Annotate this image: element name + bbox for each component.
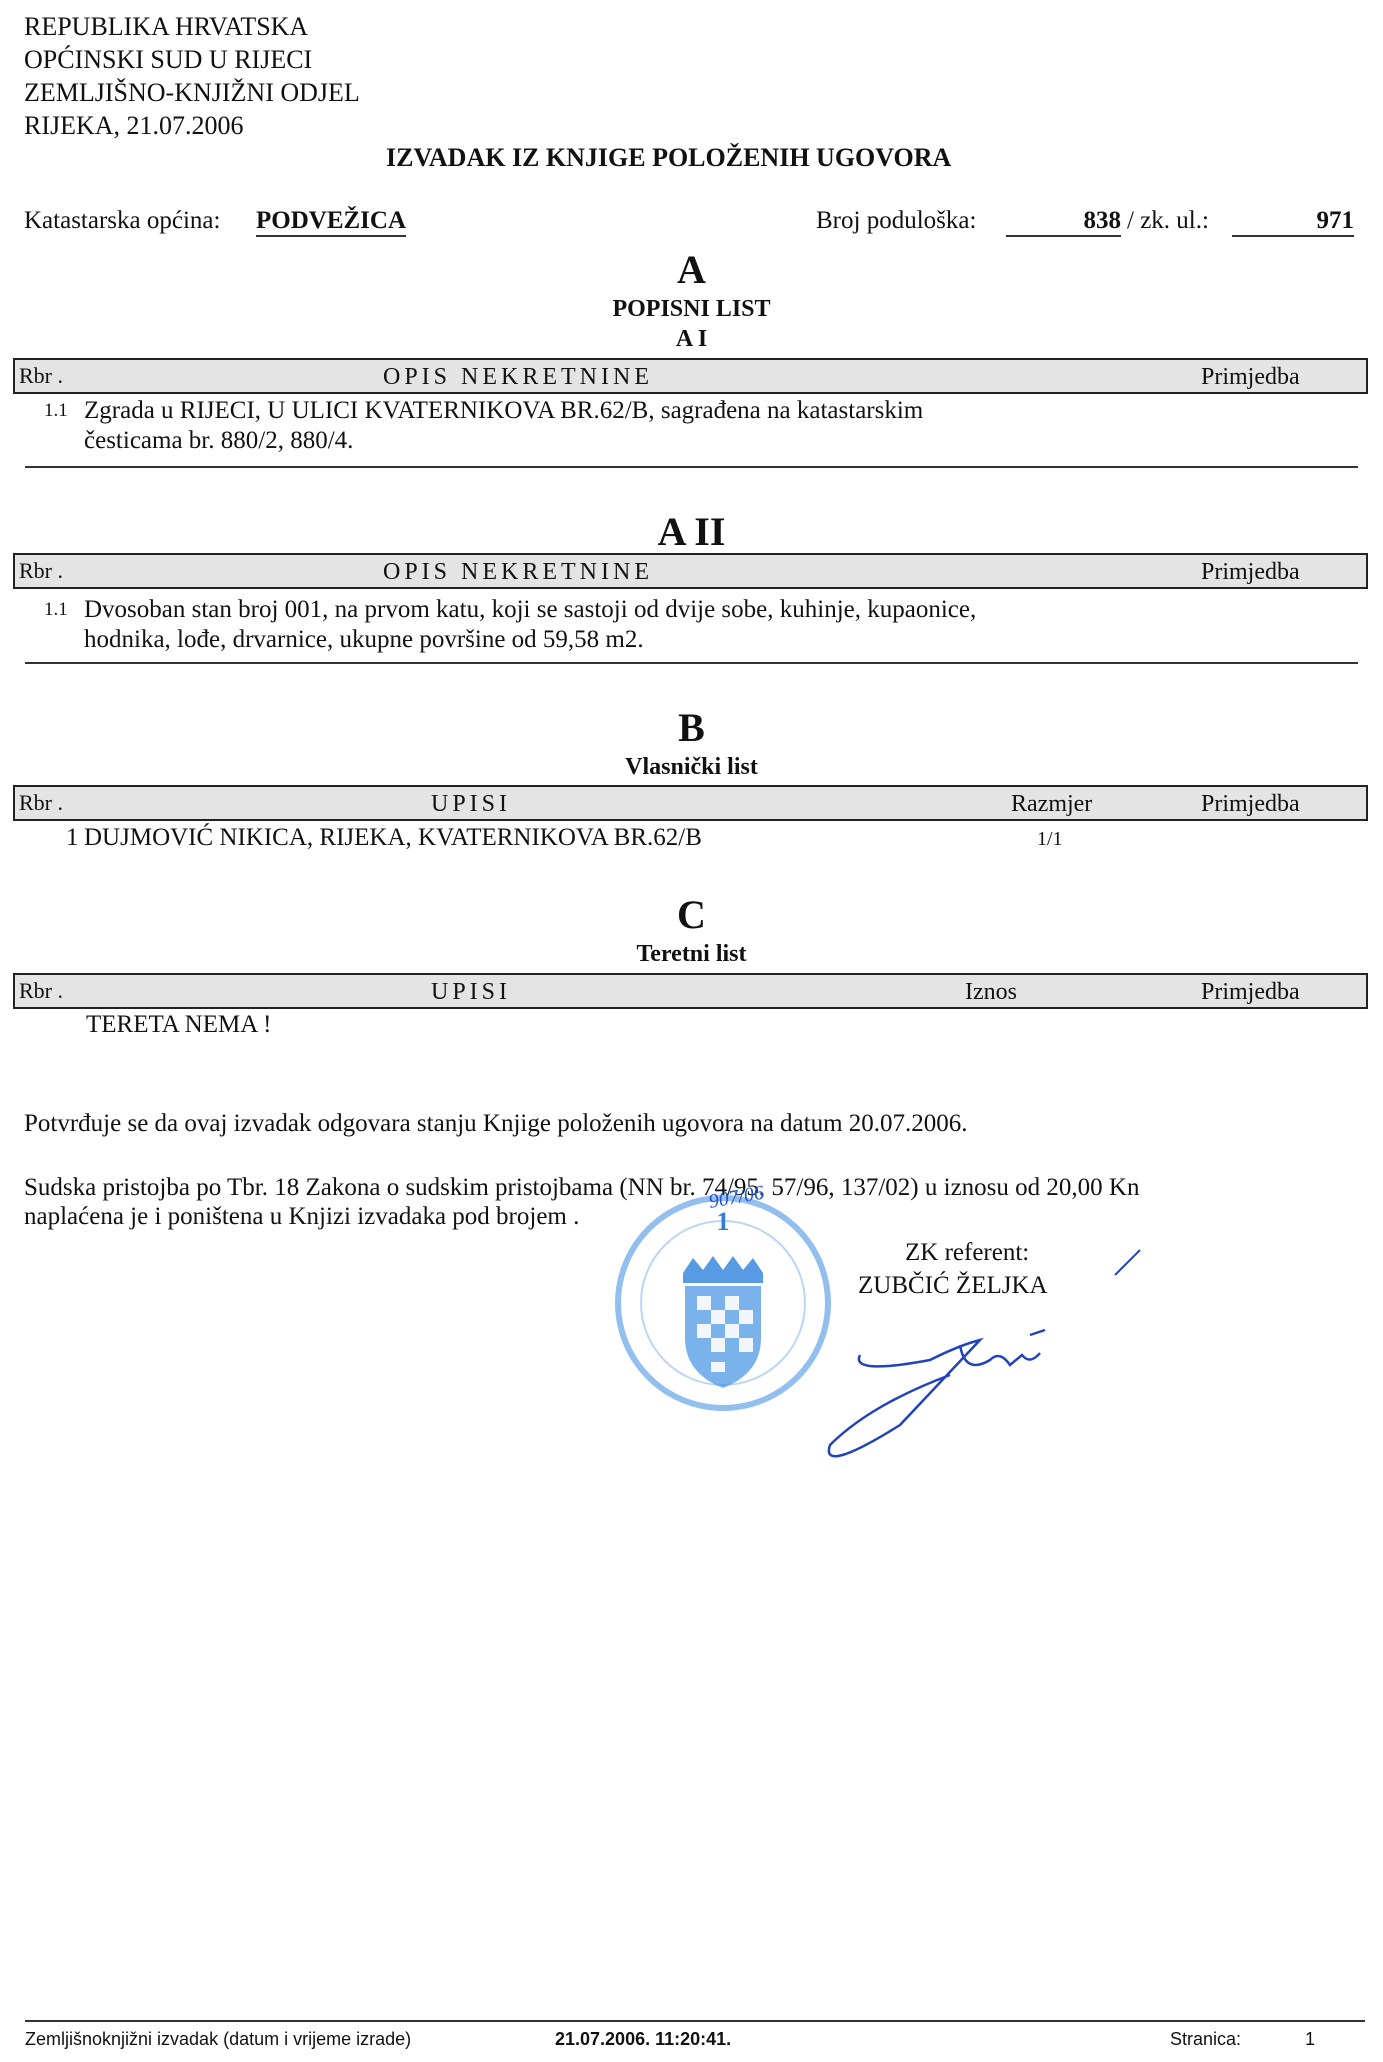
section-a1-label: A I: [0, 327, 1383, 351]
owner-razmjer: 1/1: [1037, 829, 1063, 849]
section-b-subtitle: Vlasnički list: [0, 755, 1383, 779]
col-upisi: UPISI: [431, 980, 511, 1004]
row-rbr: 1.1: [44, 401, 68, 420]
fee-text-line1: Sudska pristojba po Tbr. 18 Zakona o sud…: [24, 1175, 1139, 1200]
col-opis: OPIS NEKRETNINE: [383, 365, 653, 389]
katastarska-value: PODVEŽICA: [256, 208, 406, 237]
footer-label: Zemljišnoknjižni izvadak (datum i vrijem…: [25, 2030, 411, 2048]
footer-divider: [25, 2020, 1365, 2022]
row-text-line1: Dvosoban stan broj 001, na prvom katu, k…: [84, 597, 976, 622]
col-rbr: Rbr .: [19, 792, 63, 814]
section-c-subtitle: Teretni list: [0, 942, 1383, 966]
section-c-header: Rbr . UPISI Iznos Primjedba: [13, 973, 1368, 1009]
certification-text: Potvrđuje se da ovaj izvadak odgovara st…: [24, 1111, 968, 1136]
footer-datetime: 21.07.2006. 11:20:41.: [555, 2030, 731, 2048]
row-text-line2: hodnika, lođe, drvarnice, ukupne površin…: [84, 627, 644, 652]
col-primjedba: Primjedba: [1201, 980, 1300, 1004]
divider: [25, 466, 1358, 468]
place-date: RIJEKA, 21.07.2006: [24, 113, 244, 139]
col-primjedba: Primjedba: [1201, 792, 1300, 816]
zk-label: / zk. ul.:: [1127, 208, 1209, 233]
row-text-line2: česticama br. 880/2, 880/4.: [84, 428, 353, 453]
section-a1-header: Rbr . OPIS NEKRETNINE Primjedba: [13, 358, 1368, 394]
podulozak-value: 838: [1006, 208, 1121, 237]
section-a2-header: Rbr . OPIS NEKRETNINE Primjedba: [13, 553, 1368, 589]
fee-text-line2: naplaćena je i poništena u Knjizi izvada…: [24, 1204, 579, 1229]
no-encumbrance-text: TERETA NEMA !: [86, 1012, 272, 1037]
court-name: OPĆINSKI SUD U RIJECI: [24, 47, 312, 73]
section-a2-label: A II: [0, 512, 1383, 552]
podulozak-label: Broj poduloška:: [816, 208, 976, 233]
divider: [25, 662, 1358, 664]
section-b-letter: B: [0, 708, 1383, 748]
owner-rbr: 1: [66, 825, 79, 850]
handwritten-number: 907/06: [707, 1182, 766, 1213]
court-country: REPUBLIKA HRVATSKA: [24, 14, 308, 40]
col-upisi: UPISI: [431, 792, 511, 816]
col-rbr: Rbr .: [19, 365, 63, 387]
section-b-header: Rbr . UPISI Razmjer Primjedba: [13, 785, 1368, 821]
row-rbr: 1.1: [44, 600, 68, 619]
col-primjedba: Primjedba: [1201, 365, 1300, 389]
footer-page-number: 1: [1305, 2030, 1315, 2048]
owner-text: DUJMOVIĆ NIKICA, RIJEKA, KVATERNIKOVA BR…: [84, 825, 702, 850]
section-c-letter: C: [0, 895, 1383, 935]
zk-value: 971: [1232, 208, 1354, 237]
row-text-line1: Zgrada u RIJECI, U ULICI KVATERNIKOVA BR…: [84, 398, 923, 423]
footer-page-label: Stranica:: [1170, 2030, 1241, 2048]
col-razmjer: Razmjer: [1011, 792, 1092, 816]
court-department: ZEMLJIŠNO-KNJIŽNI ODJEL: [24, 80, 360, 106]
section-a-subtitle: POPISNI LIST: [0, 297, 1383, 321]
document-title: IZVADAK IZ KNJIGE POLOŽENIH UGOVORA: [386, 145, 951, 171]
col-primjedba: Primjedba: [1201, 560, 1300, 584]
katastarska-label: Katastarska općina:: [24, 208, 220, 233]
section-a-letter: A: [0, 250, 1383, 290]
handwritten-signature-icon: [760, 1245, 1160, 1475]
col-rbr: Rbr .: [19, 980, 63, 1002]
col-iznos: Iznos: [965, 980, 1017, 1004]
col-opis: OPIS NEKRETNINE: [383, 560, 653, 584]
col-rbr: Rbr .: [19, 560, 63, 582]
